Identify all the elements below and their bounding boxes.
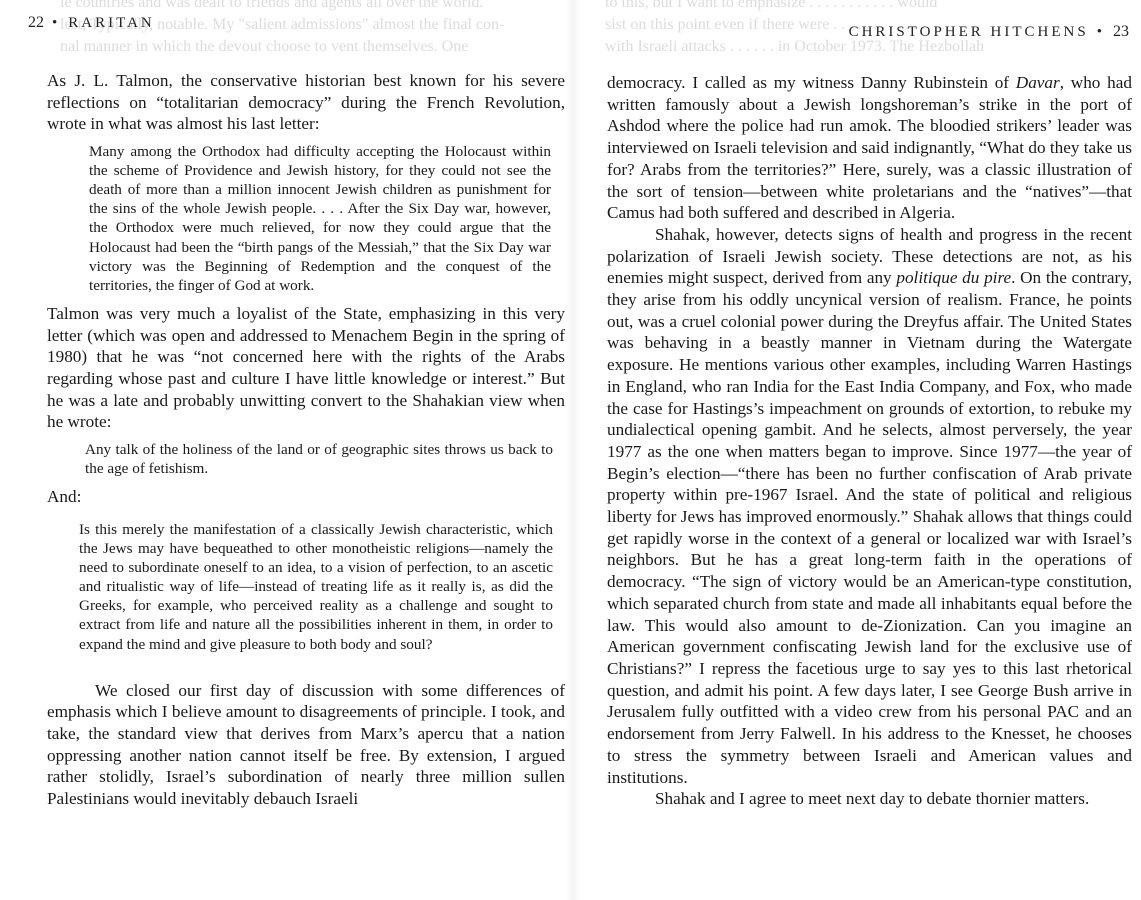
running-head: CHRISTOPHER HITCHENS•23 [849, 23, 1129, 41]
book-spread: le countries and was dealt to friends an… [0, 0, 1141, 900]
journal-title: RARITAN [68, 15, 154, 31]
separator-bullet: • [52, 15, 60, 31]
block-quote: Many among the Orthodox had difficulty a… [89, 142, 551, 295]
page-number: 23 [1113, 23, 1129, 40]
paragraph: Shahak, however, detects signs of health… [607, 224, 1132, 788]
paragraph: As J. L. Talmon, the conservative histor… [47, 70, 565, 135]
block-quote: Any talk of the holiness of the land or … [85, 440, 553, 478]
showthrough-line: le countries and was dealt to friends an… [60, 0, 560, 14]
block-quote: Is this merely the manifestation of a cl… [79, 520, 553, 654]
right-page-body: democracy. I called as my witness Danny … [607, 72, 1132, 810]
text-run: , who had written famously about a Jewis… [607, 73, 1132, 222]
text-run: Shahak and I agree to meet next day to d… [655, 789, 1089, 808]
text-run: democracy. I called as my witness Danny … [607, 73, 1016, 92]
italic-title: Davar [1016, 73, 1060, 92]
paragraph: Talmon was very much a loyalist of the S… [47, 303, 565, 433]
italic-phrase: politique du pire [896, 268, 1011, 287]
paragraph: And: [47, 486, 565, 508]
right-page: to this, but I want to emphasize . . . .… [575, 0, 1141, 900]
author-name: CHRISTOPHER HITCHENS [849, 24, 1089, 40]
separator-bullet: • [1097, 24, 1105, 40]
showthrough-line: nal manner in which the devout choose to… [60, 36, 560, 58]
showthrough-line: to this, but I want to emphasize . . . .… [605, 0, 1125, 14]
paragraph: We closed our first day of discussion wi… [47, 680, 565, 810]
paragraph: democracy. I called as my witness Danny … [607, 72, 1132, 224]
page-number: 22 [28, 14, 44, 31]
paragraph: Shahak and I agree to meet next day to d… [607, 788, 1132, 810]
text-run: . On the contrary, they arise from his o… [607, 268, 1132, 786]
running-head: 22•RARITAN [28, 14, 155, 32]
left-page: le countries and was dealt to friends an… [0, 0, 570, 900]
left-page-body: As J. L. Talmon, the conservative histor… [47, 70, 565, 810]
